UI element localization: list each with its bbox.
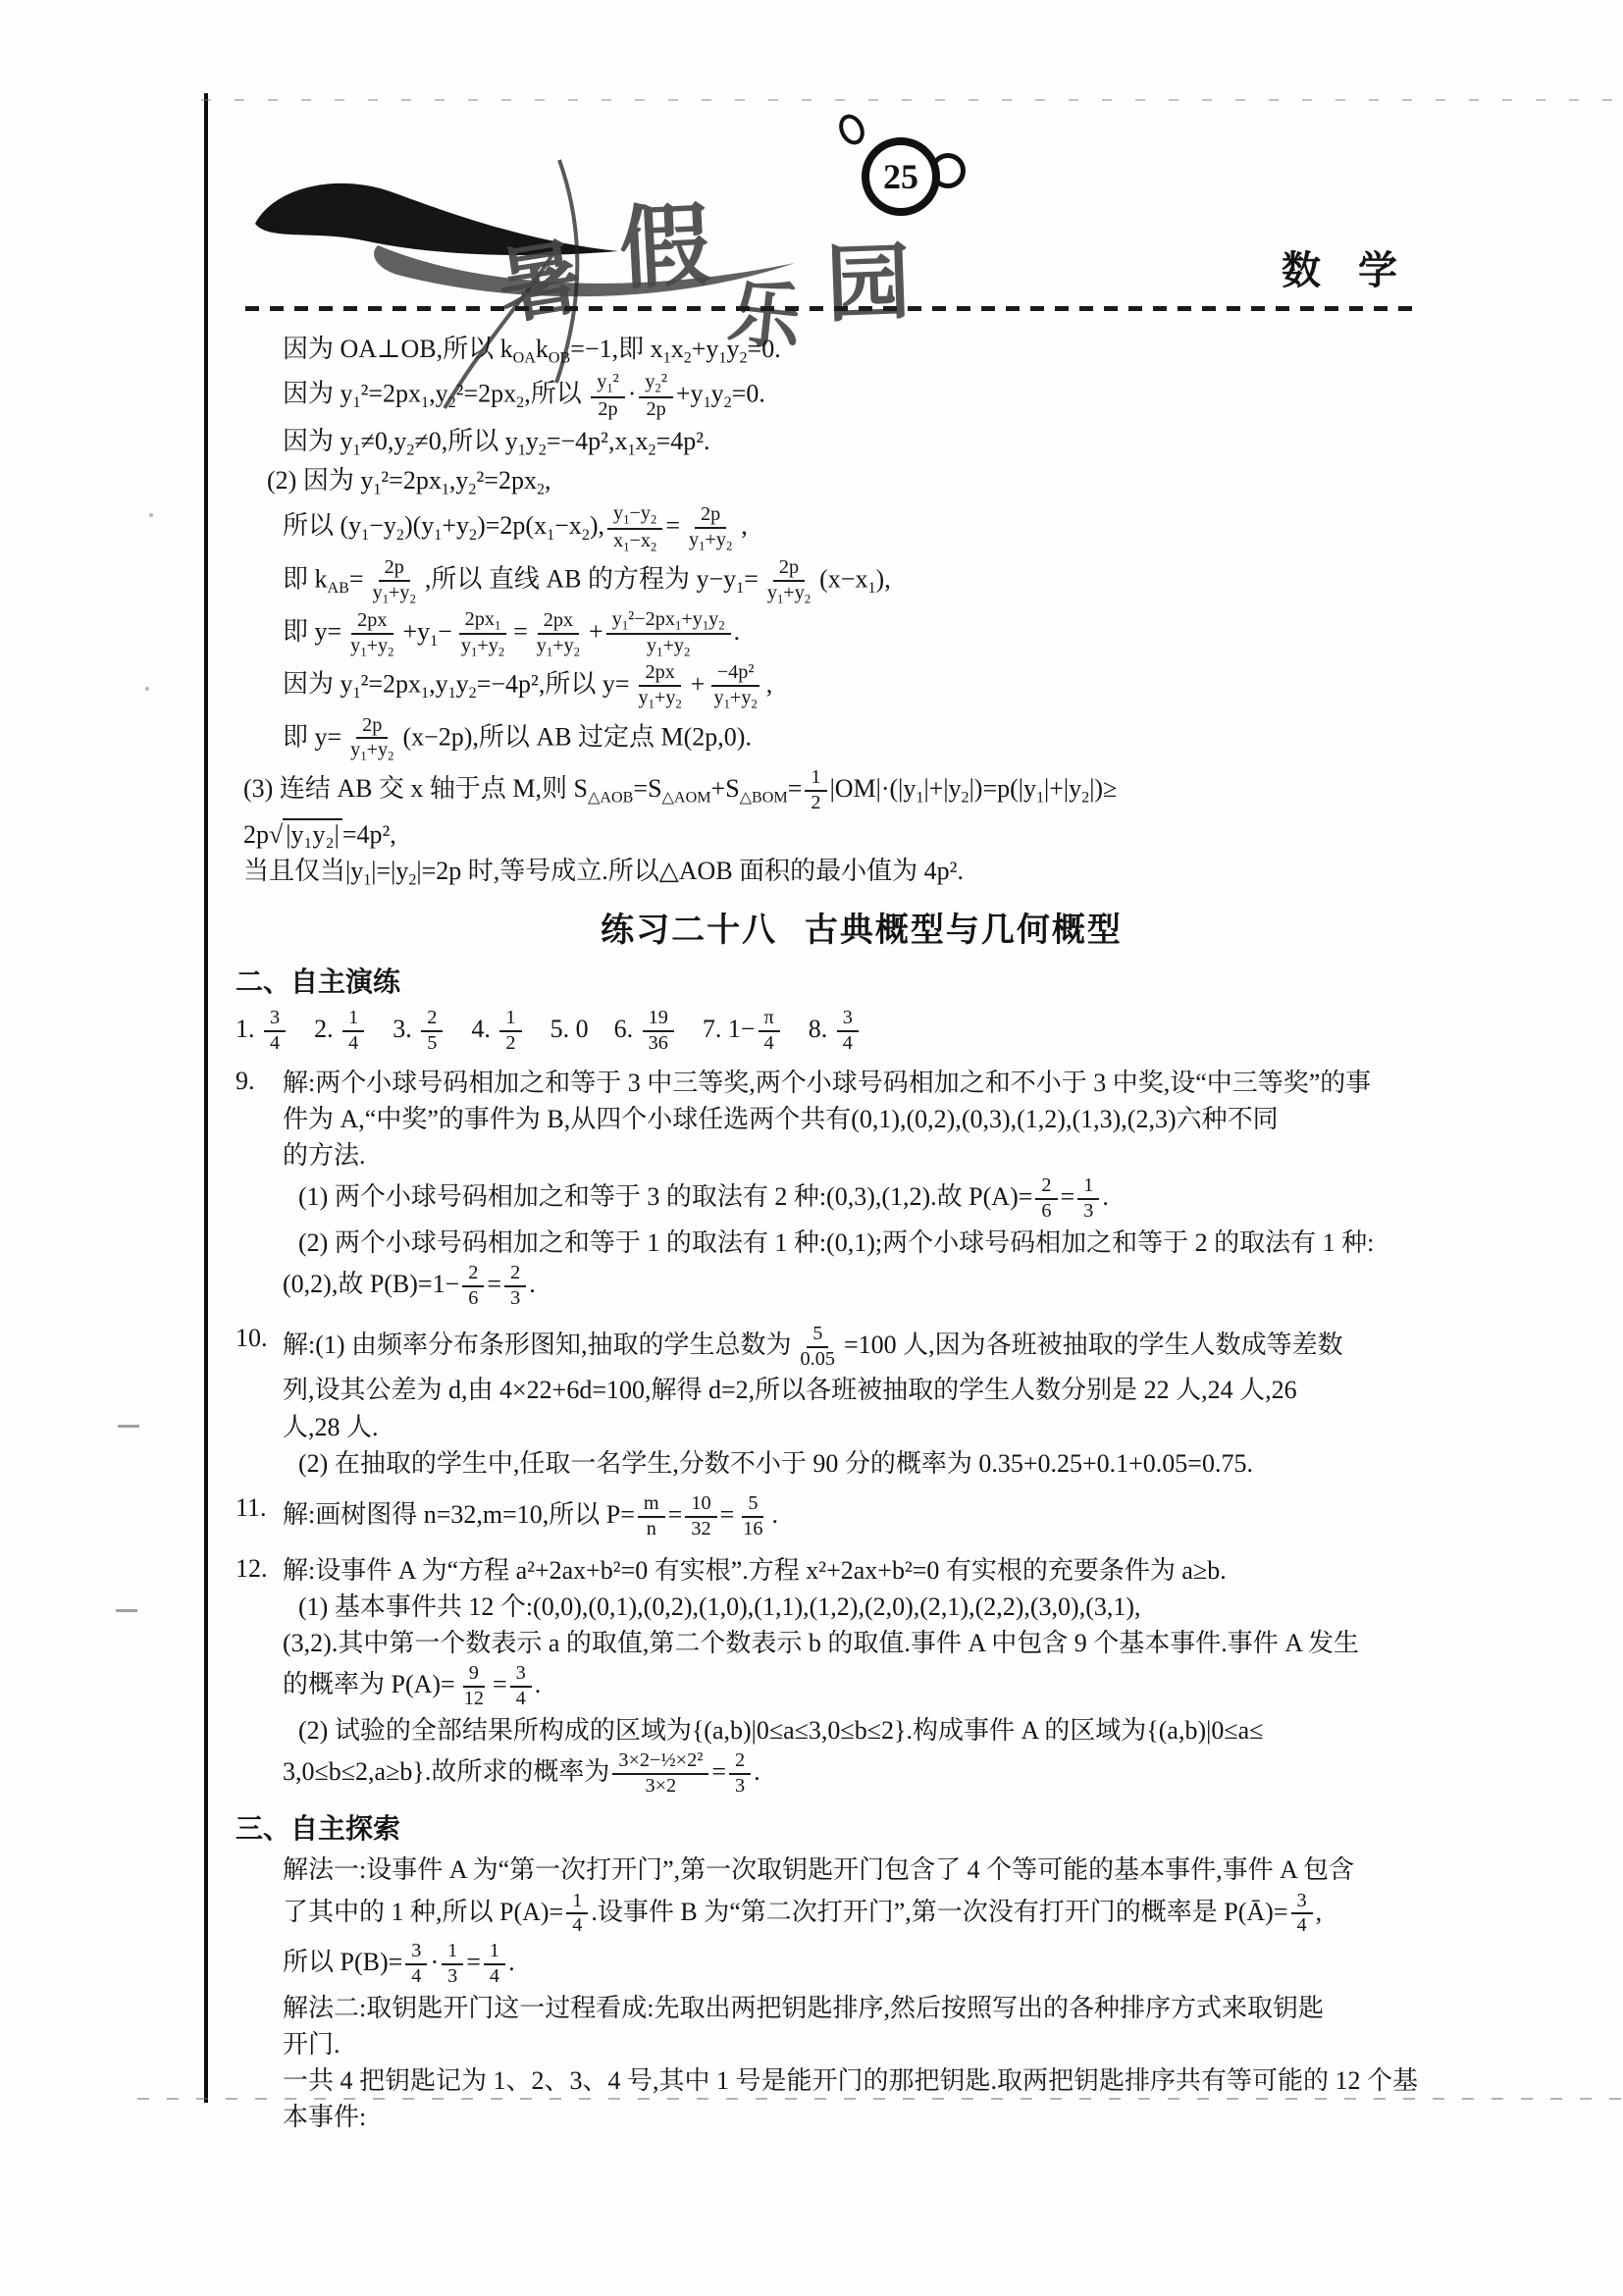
explore-line: 所以 P(B)=34·13=14. (283, 1940, 1488, 1989)
solution-line: 因为 y1²=2px1,y1y2=−4p²,所以 y=2pxy1+y2+−4p²… (236, 661, 1488, 711)
problem-line: (3,2).其中第一个数表示 a 的取值,第二个数表示 b 的取值.事件 A 中… (283, 1626, 1488, 1660)
problem-line: (2) 在抽取的学生中,任取一名学生,分数不小于 90 分的概率为 0.35+0… (283, 1446, 1488, 1481)
problem-line: 解:两个小球号码相加之和等于 3 中三等奖,两个小球号码相加之和不小于 3 中奖… (283, 1066, 1488, 1100)
scan-speck (149, 513, 153, 517)
problem-line: 的方法. (283, 1138, 1488, 1173)
section-heading-explore: 三、自主探索 (236, 1810, 1488, 1848)
problem-number: 11. (236, 1490, 283, 1543)
solution-line: 即 kAB=2py1+y2,所以 直线 AB 的方程为 y−y1=2py1+y2… (236, 556, 1488, 606)
answers-line: 1. 34 2. 14 3. 25 4. 12 5. 0 6. 1936 7. … (236, 1007, 1488, 1056)
page-number-badge: 25 (862, 137, 940, 216)
header-divider (245, 306, 1413, 311)
problem-12: 12. 解:设事件 A 为“方程 a²+2ax+b²=0 有实根”.方程 x²+… (236, 1551, 1488, 1800)
problem-line: 解:画树图得 n=32,m=10,所以 P=mn=1032=516. (283, 1492, 1488, 1541)
page-content: 因为 OA⊥OB,所以 kOAkOB=−1,即 x1x2+y1y2=0. 因为 … (236, 330, 1488, 2137)
problem-lines: 解:(1) 由频率分布条形图知,抽取的学生总数为50.05=100 人,因为各班… (283, 1321, 1488, 1483)
solution-line: 因为 y1²=2px1,y2²=2px2,所以 y1²2p·y2²2p+y1y2… (236, 371, 1488, 421)
problem-lines: 解:设事件 A 为“方程 a²+2ax+b²=0 有实根”.方程 x²+2ax+… (283, 1551, 1488, 1800)
solution-line: 当且仅当|y1|=|y2|=2p 时,等号成立.所以△AOB 面积的最小值为 4… (236, 854, 1488, 891)
solution-line: (2) 因为 y1²=2px1,y2²=2px2, (236, 463, 1488, 500)
solution-line: 2p√|y₁y₂|=4p², (236, 817, 1488, 852)
problem-lines: 解:画树图得 n=32,m=10,所以 P=mn=1032=516. (283, 1490, 1488, 1543)
problem-number: 10. (236, 1321, 283, 1483)
explore-line: 解法二:取钥匙开门这一过程看成:先取出两把钥匙排序,然后按照写出的各种排序方式来… (283, 1991, 1488, 2025)
problem-line: (2) 两个小球号码相加之和等于 1 的取法有 1 种:(0,1);两个小球号码… (283, 1226, 1488, 1260)
explore-line: 解法一:设事件 A 为“第一次打开门”,第一次取钥匙开门包含了 4 个等可能的基… (283, 1852, 1488, 1887)
problem-line: (0,2),故 P(B)=1−26=23. (283, 1262, 1488, 1311)
solution-line: (3) 连结 AB 交 x 轴于点 M,则 S△AOB=S△AOM+S△BOM=… (236, 766, 1488, 815)
explore-line: 一共 4 把钥匙记为 1、2、3、4 号,其中 1 号是能开门的那把钥匙.取两把… (283, 2063, 1488, 2098)
logo-char: 暑 (492, 228, 588, 337)
solution-line: 即 y=2py1+y2(x−2p),所以 AB 过定点 M(2p,0). (236, 714, 1488, 764)
page-number: 25 (883, 156, 918, 197)
logo-char: 假 (616, 191, 712, 302)
problem-9: 9. 解:两个小球号码相加之和等于 3 中三等奖,两个小球号码相加之和不小于 3… (236, 1064, 1488, 1313)
problem-line: 列,设其公差为 d,由 4×22+6d=100,解得 d=2,所以各班被抽取的学… (283, 1373, 1488, 1407)
problem-line: (1) 两个小球号码相加之和等于 3 的取法有 2 种:(0,3),(1,2).… (283, 1174, 1488, 1224)
subject-label: 数 学 (1282, 239, 1411, 295)
problem-line: 解:(1) 由频率分布条形图知,抽取的学生总数为50.05=100 人,因为各班… (283, 1323, 1488, 1372)
page-binding-line (204, 93, 208, 2103)
problem-number: 12. (236, 1551, 283, 1800)
problem-line: 3,0≤b≤2,a≥b}.故所求的概率为3×2−½×2²3×2=23. (283, 1749, 1488, 1799)
solution-line: 所以 (y1−y2)(y1+y2)=2p(x1−x2),y1−y2x1−x2=2… (236, 502, 1488, 553)
explore-line: 本事件: (283, 2100, 1488, 2134)
solution-line: 因为 OA⊥OB,所以 kOAkOB=−1,即 x1x2+y1y2=0. (236, 332, 1488, 369)
explore-block: 解法一:设事件 A 为“第一次打开门”,第一次取钥匙开门包含了 4 个等可能的基… (236, 1852, 1488, 2134)
solution-block: 因为 OA⊥OB,所以 kOAkOB=−1,即 x1x2+y1y2=0. 因为 … (236, 332, 1488, 891)
logo-char: 园 (824, 233, 912, 335)
problem-number: 9. (236, 1064, 283, 1313)
scanned-workbook-page: 暑 假 乐 园 25 数 学 因为 OA⊥OB,所以 kOAkOB=−1,即 x… (0, 0, 1623, 2296)
scan-speck (145, 687, 149, 691)
explore-line: 开门. (283, 2027, 1488, 2061)
explore-line: 了其中的 1 种,所以 P(A)=14.设事件 B 为“第二次打开门”,第一次没… (283, 1890, 1488, 1939)
top-scan-line (201, 99, 1623, 101)
solution-line: 即 y=2pxy1+y2+y1−2px1y1+y2=2pxy1+y2+y1²−2… (236, 608, 1488, 659)
exercise-title: 练习二十八 古典概型与几何概型 (236, 909, 1488, 954)
problem-line: 件为 A,“中奖”的事件为 B,从四个小球任选两个共有(0,1),(0,2),(… (283, 1102, 1488, 1136)
problem-11: 11. 解:画树图得 n=32,m=10,所以 P=mn=1032=516. (236, 1490, 1488, 1543)
solution-line: 因为 y1≠0,y2≠0,所以 y1y2=−4p²,x1x2=4p². (236, 424, 1488, 461)
problem-lines: 解:两个小球号码相加之和等于 3 中三等奖,两个小球号码相加之和不小于 3 中奖… (283, 1064, 1488, 1313)
problem-line: 解:设事件 A 为“方程 a²+2ax+b²=0 有实根”.方程 x²+2ax+… (283, 1553, 1488, 1588)
problem-line: (2) 试验的全部结果所构成的区域为{(a,b)|0≤a≤3,0≤b≤2}.构成… (283, 1713, 1488, 1748)
problem-10: 10. 解:(1) 由频率分布条形图知,抽取的学生总数为50.05=100 人,… (236, 1321, 1488, 1483)
problem-line: 人,28 人. (283, 1410, 1488, 1444)
problem-line: 的概率为 P(A)=912=34. (283, 1662, 1488, 1711)
margin-tick (116, 1609, 137, 1612)
margin-tick (118, 1425, 139, 1428)
problem-line: (1) 基本事件共 12 个:(0,0),(0,1),(0,2),(1,0),(… (283, 1590, 1488, 1624)
section-heading-practice: 二、自主演练 (236, 964, 1488, 1001)
